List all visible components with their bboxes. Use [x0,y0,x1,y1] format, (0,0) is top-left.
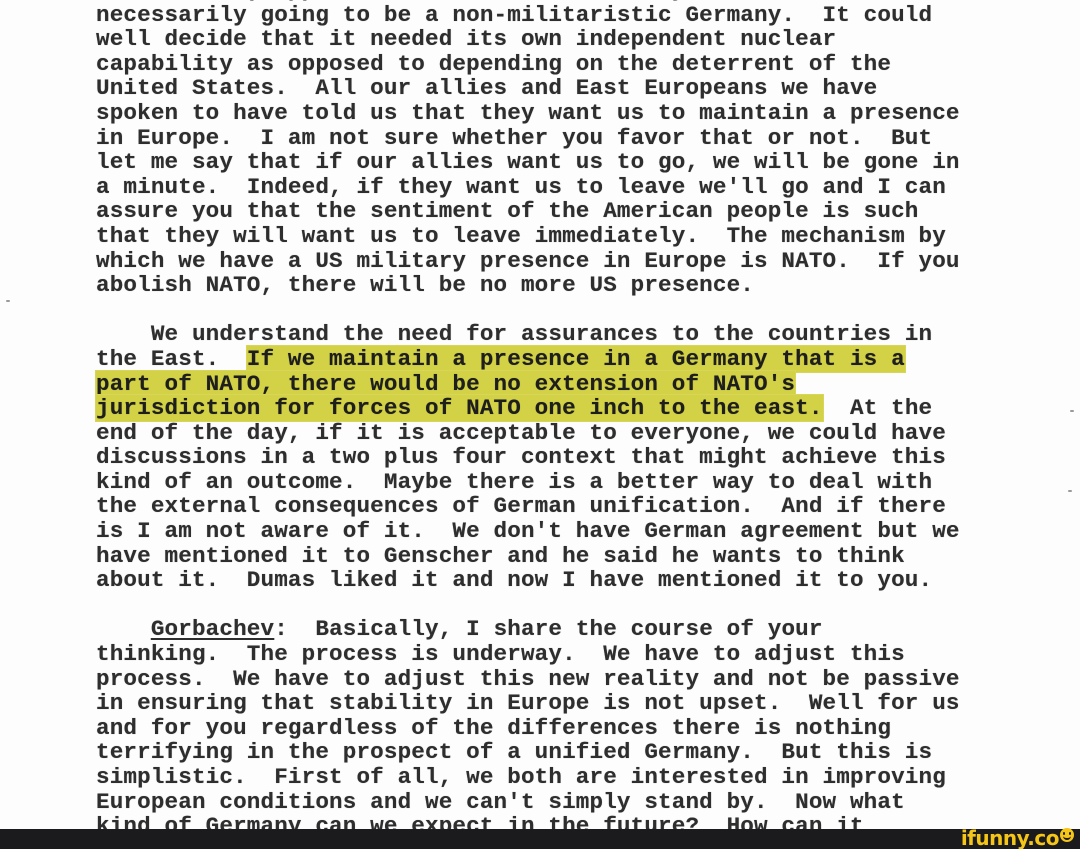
scan-speck [6,300,10,302]
text-line: jurisdiction for forces of NATO one inch… [96,396,1076,421]
text-line: United States. All our allies and East E… [96,76,1076,101]
text-line: that they will want us to leave immediat… [96,224,1076,249]
document-scan: unification) opposition. A unified Germa… [0,0,1080,829]
text-line: kind of Germany can we expect in the fut… [96,814,1076,829]
smiley-face-icon [1060,828,1074,842]
text-line: let me say that if our allies want us to… [96,150,1076,175]
text-line: in Europe. I am not sure whether you fav… [96,126,1076,151]
scan-speck [1068,490,1072,492]
text-line: a minute. Indeed, if they want us to lea… [96,175,1076,200]
scan-speck [1070,410,1074,412]
text-span: : Basically, I share the course of your [274,616,822,642]
text-line: Gorbachev: Basically, I share the course… [96,617,1076,642]
text-line: terrifying in the prospect of a unified … [96,740,1076,765]
watermark-bar: ifunny.co [0,829,1080,849]
text-line: capability as opposed to depending on th… [96,52,1076,77]
paragraph-nato-assurance: We understand the need for assurances to… [96,322,1076,593]
watermark-text: ifunny.co [961,826,1059,849]
text-line: thinking. The process is underway. We ha… [96,642,1076,667]
text-line: kind of an outcome. Maybe there is a bet… [96,470,1076,495]
text-line: part of NATO, there would be no extensio… [96,372,1076,397]
text-line: have mentioned it to Genscher and he sai… [96,544,1076,569]
indent [96,616,151,642]
text-line: about it. Dumas liked it and now I have … [96,568,1076,593]
paragraph-continuation: thinking. The process is underway. We ha… [96,642,1076,829]
paragraph-gap [96,298,1076,323]
paragraph-continuation: end of the day, if it is acceptable to e… [96,421,1076,593]
text-line: which we have a US military presence in … [96,249,1076,274]
text-line: European conditions and we can't simply … [96,790,1076,815]
ifunny-watermark: ifunny.co [961,827,1074,849]
paragraph-baker-statement: unification) opposition. A unified Germa… [96,0,1076,298]
text-line: well decide that it needed its own indep… [96,27,1076,52]
text-line: end of the day, if it is acceptable to e… [96,421,1076,446]
highlighted-text: If we maintain a presence in a Germany t… [247,346,905,372]
text-line: in ensuring that stability in Europe is … [96,691,1076,716]
text-line: We understand the need for assurances to… [96,322,1076,347]
text-line: the East. If we maintain a presence in a… [96,347,1076,372]
text-line: spoken to have told us that they want us… [96,101,1076,126]
text-line: process. We have to adjust this new real… [96,667,1076,692]
highlighted-text: part of NATO, there would be no extensio… [96,371,795,397]
text-line: necessarily going to be a non-militarist… [96,3,1076,28]
speaker-name: Gorbachev [151,616,274,642]
text-line: is I am not aware of it. We don't have G… [96,519,1076,544]
text-line: abolish NATO, there will be no more US p… [96,273,1076,298]
text-line: discussions in a two plus four context t… [96,445,1076,470]
text-line: and for you regardless of the difference… [96,716,1076,741]
document-body: unification) opposition. A unified Germa… [96,0,1076,829]
text-line: simplistic. First of all, we both are in… [96,765,1076,790]
text-span: the East. [96,346,247,372]
text-line: the external consequences of German unif… [96,494,1076,519]
text-span: At the [823,395,933,421]
paragraph-gap [96,593,1076,618]
highlighted-text: jurisdiction for forces of NATO one inch… [96,395,823,421]
paragraph-gorbachev-reply: Gorbachev: Basically, I share the course… [96,617,1076,829]
text-line: assure you that the sentiment of the Ame… [96,199,1076,224]
